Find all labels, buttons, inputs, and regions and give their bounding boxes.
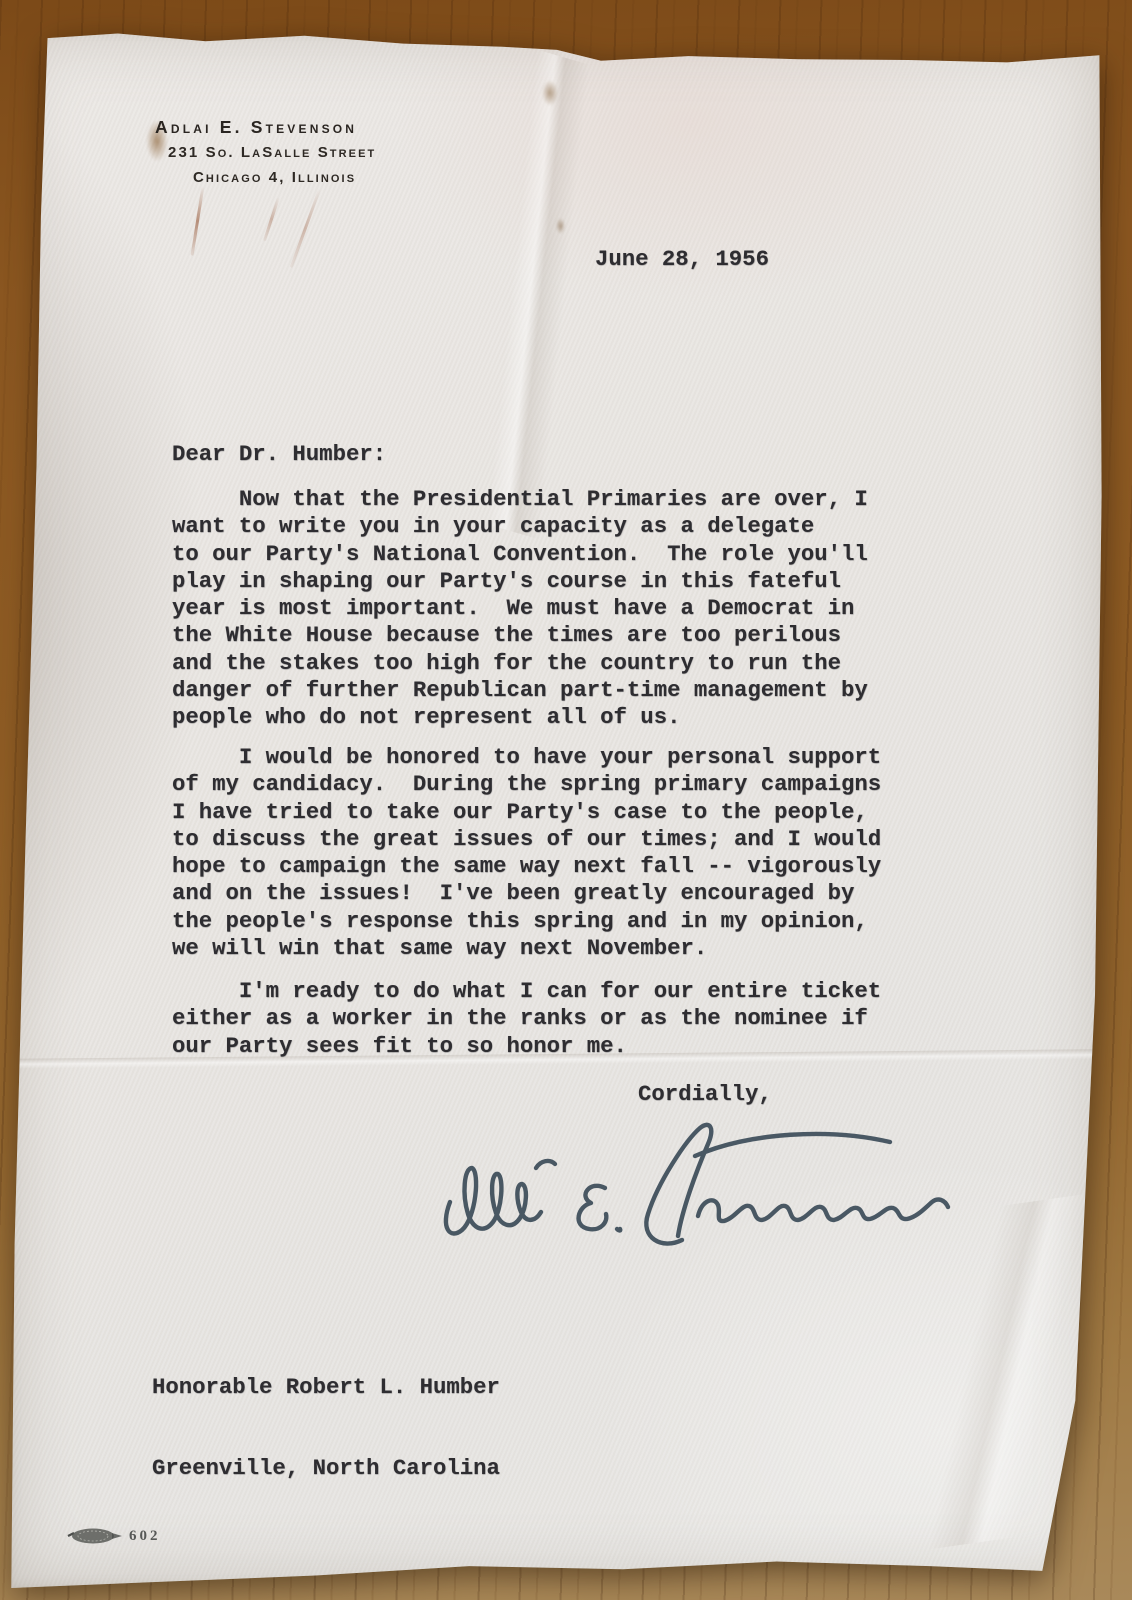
- rust-scratch-mark: [290, 188, 321, 268]
- salutation: Dear Dr. Humber:: [172, 441, 386, 468]
- union-oval-emblem-icon: [66, 1526, 124, 1546]
- signature-stroke-e-initial: [579, 1186, 607, 1229]
- body-paragraph-1: Now that the Presidential Primaries are …: [172, 486, 868, 732]
- photo-of-letter-on-wood-table: { "document": { "kind": "typewritten let…: [0, 0, 1132, 1600]
- body-paragraph-3: I'm ready to do what I can for our entir…: [172, 978, 881, 1060]
- printer-mark-number: 602: [129, 1528, 161, 1545]
- signature-stroke-t-cross: [695, 1134, 890, 1156]
- signature-stroke-e-dot: [617, 1229, 620, 1231]
- rust-scratch-mark: [191, 186, 204, 256]
- closing-valediction: Cordially,: [638, 1081, 772, 1108]
- rust-scratch-mark: [263, 197, 280, 242]
- letterhead: Adlai E. Stevenson 231 So. LaSalle Stree…: [155, 114, 376, 190]
- letter-paper: Adlai E. Stevenson 231 So. LaSalle Stree…: [8, 28, 1106, 1588]
- letterhead-name: Adlai E. Stevenson: [155, 114, 376, 140]
- signature-stroke-i-accent: [536, 1161, 555, 1168]
- signature-stroke-tevenson: [698, 1200, 948, 1222]
- signature-stroke-adlai: [446, 1168, 541, 1234]
- recipient-address: Honorable Robert L. Humber Greenville, N…: [152, 1319, 500, 1537]
- stain: [556, 218, 565, 234]
- letterhead-city: Chicago 4, Illinois: [193, 165, 376, 190]
- letter-paper-wrapper: Adlai E. Stevenson 231 So. LaSalle Stree…: [8, 28, 1106, 1588]
- body-paragraph-2: I would be honored to have your personal…: [172, 744, 881, 962]
- signature-stroke-s-loop: [646, 1125, 711, 1244]
- recipient-name: Honorable Robert L. Humber: [152, 1374, 500, 1401]
- printer-union-mark: 602: [66, 1526, 161, 1546]
- stain: [542, 80, 558, 106]
- paper-crease-diagonal-top: [377, 41, 689, 545]
- recipient-city: Greenville, North Carolina: [152, 1455, 500, 1482]
- letterhead-street: 231 So. LaSalle Street: [168, 140, 376, 165]
- date-line: June 28, 1956: [595, 246, 769, 273]
- signature-handwriting: [420, 1110, 990, 1260]
